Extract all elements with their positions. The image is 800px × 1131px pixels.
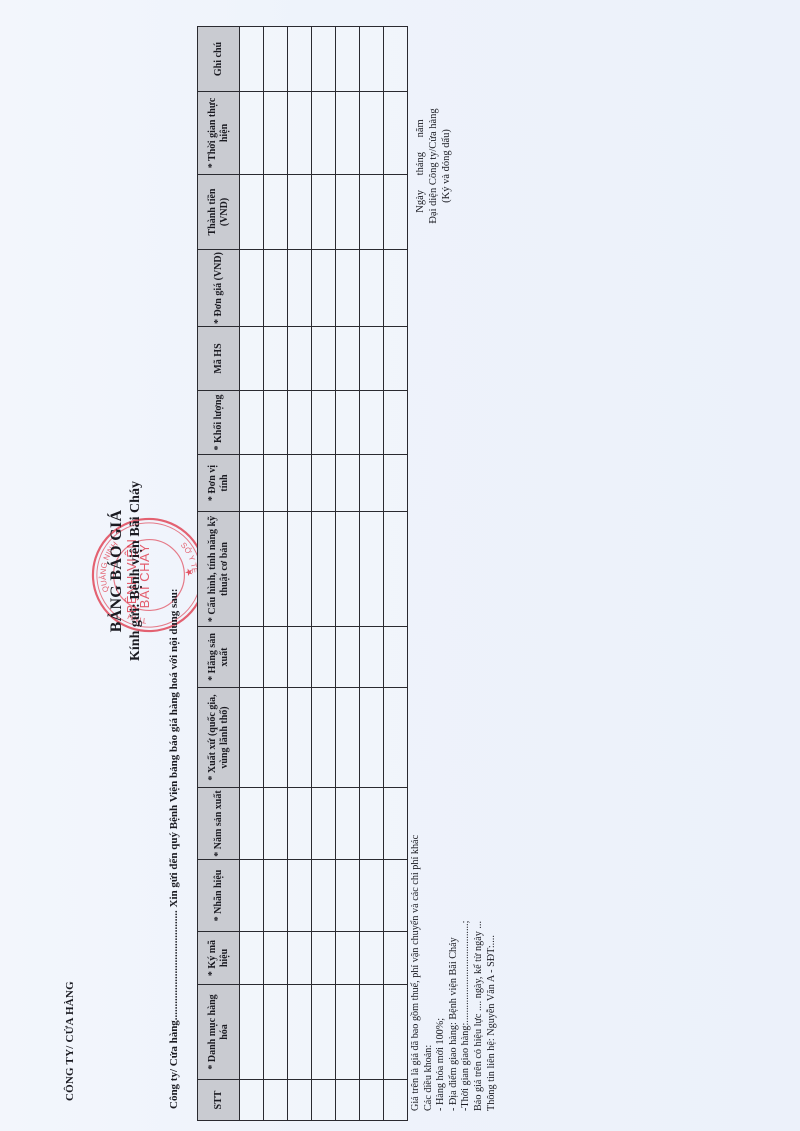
table-cell[interactable] (384, 985, 408, 1080)
table-cell[interactable] (360, 627, 384, 688)
note-line: Giá trên là giá đã bao gồm thuế, phí vận… (410, 835, 423, 1111)
table-cell[interactable] (288, 391, 312, 455)
company-header: CÔNG TY/ CỬA HÀNG (64, 981, 76, 1101)
table-cell[interactable] (264, 627, 288, 688)
table-cell[interactable] (288, 688, 312, 788)
table-cell[interactable] (384, 1080, 408, 1121)
table-cell[interactable] (336, 391, 360, 455)
table-row (288, 27, 312, 1121)
table-cell[interactable] (312, 327, 336, 391)
addressee-line: Kính gửi: Bệnh viện Bãi Cháy (128, 371, 144, 771)
table-cell[interactable] (240, 391, 264, 455)
table-cell[interactable] (288, 1080, 312, 1121)
table-cell[interactable] (336, 455, 360, 512)
table-cell[interactable] (288, 27, 312, 92)
quotation-sheet: CÔNG TY/ CỬA HÀNG TỈNH QUẢNG NINH SỞ Y T… (0, 0, 800, 1131)
table-cell[interactable] (336, 688, 360, 788)
table-cell[interactable] (312, 391, 336, 455)
table-cell[interactable] (288, 175, 312, 250)
table-cell[interactable] (384, 175, 408, 250)
column-header: * Khối lượng (198, 391, 240, 455)
table-cell[interactable] (360, 175, 384, 250)
table-header-row: STT* Danh mục hàng hóa* Ký mã hiệu* Nhãn… (198, 27, 240, 1121)
table-cell[interactable] (264, 327, 288, 391)
column-header: * Hãng sản xuất (198, 627, 240, 688)
table-cell[interactable] (312, 627, 336, 688)
table-cell[interactable] (264, 512, 288, 627)
column-header: * Cấu hình, tính năng kỹ thuật cơ bản (198, 512, 240, 627)
table-cell[interactable] (288, 455, 312, 512)
table-cell[interactable] (384, 327, 408, 391)
table-cell[interactable] (360, 27, 384, 92)
table-cell[interactable] (336, 627, 360, 688)
table-cell[interactable] (264, 250, 288, 327)
table-cell[interactable] (288, 788, 312, 860)
table-cell[interactable] (336, 985, 360, 1080)
table-cell[interactable] (240, 788, 264, 860)
date-day-label: Ngày (414, 190, 427, 213)
table-row (384, 27, 408, 1121)
table-cell[interactable] (312, 932, 336, 985)
table-cell[interactable] (384, 250, 408, 327)
note-line: -Thời gian giao hàng:...................… (460, 835, 473, 1111)
table-cell[interactable] (312, 788, 336, 860)
table-cell[interactable] (336, 92, 360, 175)
table-cell[interactable] (312, 512, 336, 627)
column-header: STT (198, 1080, 240, 1121)
table-cell[interactable] (240, 250, 264, 327)
table-cell[interactable] (360, 512, 384, 627)
table-cell[interactable] (240, 327, 264, 391)
column-header: * Xuất xứ (quốc gia, vùng lãnh thổ) (198, 688, 240, 788)
table-cell[interactable] (264, 455, 288, 512)
table-cell[interactable] (384, 860, 408, 932)
table-cell[interactable] (384, 627, 408, 688)
column-header: Ghi chú (198, 27, 240, 92)
note-line: Các điều khoản: (423, 835, 436, 1111)
table-cell[interactable] (312, 985, 336, 1080)
table-cell[interactable] (360, 932, 384, 985)
table-cell[interactable] (336, 860, 360, 932)
document-title: BẢNG BÁO GIÁ (108, 371, 126, 771)
table-row (336, 27, 360, 1121)
table-cell[interactable] (240, 175, 264, 250)
column-header: * Đơn giá (VND) (198, 250, 240, 327)
column-header: Mã HS (198, 327, 240, 391)
table-cell[interactable] (288, 512, 312, 627)
table-cell[interactable] (360, 455, 384, 512)
intro-line: Công ty/ Cửa hàng.......................… (168, 588, 180, 1109)
table-cell[interactable] (312, 455, 336, 512)
table-cell[interactable] (264, 391, 288, 455)
table-cell[interactable] (288, 860, 312, 932)
table-cell[interactable] (384, 27, 408, 92)
sign-and-stamp-instruction: (Ký và đóng dấu) (440, 81, 453, 251)
table-cell[interactable] (336, 27, 360, 92)
table-cell[interactable] (264, 27, 288, 92)
table-cell[interactable] (240, 27, 264, 92)
table-cell[interactable] (360, 860, 384, 932)
table-cell[interactable] (312, 688, 336, 788)
table-cell[interactable] (384, 788, 408, 860)
column-header: * Năm sản xuất (198, 788, 240, 860)
table-cell[interactable] (240, 627, 264, 688)
table-cell[interactable] (360, 92, 384, 175)
table-cell[interactable] (264, 860, 288, 932)
table-cell[interactable] (312, 250, 336, 327)
table-cell[interactable] (384, 391, 408, 455)
table-cell[interactable] (264, 688, 288, 788)
table-row (312, 27, 336, 1121)
table-cell[interactable] (312, 92, 336, 175)
column-header: Thành tiền (VND) (198, 175, 240, 250)
column-header: * Đơn vị tính (198, 455, 240, 512)
svg-text:★: ★ (184, 567, 196, 577)
terms-notes: Giá trên là giá đã bao gồm thuế, phí vận… (410, 835, 498, 1111)
table-cell[interactable] (312, 1080, 336, 1121)
table-cell[interactable] (240, 985, 264, 1080)
table-cell[interactable] (384, 92, 408, 175)
table-cell[interactable] (360, 688, 384, 788)
table-cell[interactable] (312, 27, 336, 92)
column-header: * Thời gian thực hiện (198, 92, 240, 175)
table-cell[interactable] (288, 250, 312, 327)
table-cell[interactable] (240, 860, 264, 932)
table-cell[interactable] (336, 175, 360, 250)
table-cell[interactable] (288, 92, 312, 175)
table-cell[interactable] (312, 175, 336, 250)
table-cell[interactable] (336, 1080, 360, 1121)
table-cell[interactable] (360, 985, 384, 1080)
column-header: * Ký mã hiệu (198, 932, 240, 985)
table-cell[interactable] (360, 788, 384, 860)
table-cell[interactable] (240, 1080, 264, 1121)
table-cell[interactable] (360, 391, 384, 455)
table-cell[interactable] (336, 788, 360, 860)
table-cell[interactable] (264, 932, 288, 985)
note-line: - Địa điểm giao hàng: Bệnh viện Bãi Cháy (448, 835, 461, 1111)
signature-date: Ngày tháng năm (414, 81, 427, 251)
table-cell[interactable] (288, 932, 312, 985)
table-cell[interactable] (288, 985, 312, 1080)
date-month-label: tháng (414, 152, 427, 175)
table-cell[interactable] (384, 512, 408, 627)
table-cell[interactable] (336, 932, 360, 985)
table-cell[interactable] (264, 92, 288, 175)
signatory-role: Đại diện Công ty/Cửa hàng (427, 81, 440, 251)
date-year-label: năm (414, 119, 427, 137)
table-cell[interactable] (384, 455, 408, 512)
quotation-table: STT* Danh mục hàng hóa* Ký mã hiệu* Nhãn… (197, 26, 408, 1121)
signature-block: Ngày tháng năm Đại diện Công ty/Cửa hàng… (414, 81, 453, 251)
column-header: * Danh mục hàng hóa (198, 985, 240, 1080)
table-cell[interactable] (288, 627, 312, 688)
table-row (360, 27, 384, 1121)
table-cell[interactable] (240, 512, 264, 627)
table-cell[interactable] (240, 92, 264, 175)
note-line: Báo giá trên có hiệu lực .... ngày, kể t… (473, 835, 486, 1111)
table-cell[interactable] (264, 175, 288, 250)
note-line: Thông tin liên hệ: Nguyễn Văn A - SĐT:..… (486, 835, 499, 1111)
table-cell[interactable] (336, 512, 360, 627)
table-cell[interactable] (336, 250, 360, 327)
table-row (240, 27, 264, 1121)
table-cell[interactable] (264, 788, 288, 860)
table-cell[interactable] (288, 327, 312, 391)
table-cell[interactable] (384, 688, 408, 788)
table-cell[interactable] (240, 688, 264, 788)
table-cell[interactable] (264, 985, 288, 1080)
note-line: - Hàng hóa mới 100%; (435, 835, 448, 1111)
table-cell[interactable] (360, 1080, 384, 1121)
table-cell[interactable] (360, 327, 384, 391)
table-cell[interactable] (336, 327, 360, 391)
table-cell[interactable] (360, 250, 384, 327)
table-cell[interactable] (312, 860, 336, 932)
column-header: * Nhãn hiệu (198, 860, 240, 932)
table-cell[interactable] (264, 1080, 288, 1121)
table-cell[interactable] (240, 932, 264, 985)
table-cell[interactable] (384, 932, 408, 985)
table-cell[interactable] (240, 455, 264, 512)
table-row (264, 27, 288, 1121)
